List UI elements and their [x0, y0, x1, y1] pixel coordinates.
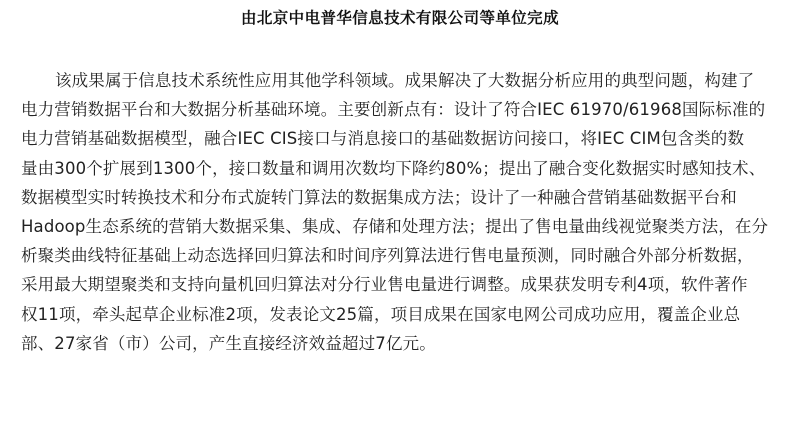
paragraph-line: 权11项，牵头起草企业标准2项，发表论文25篇，项目成果在国家电网公司成功应用，… — [21, 300, 781, 329]
paragraph-line: 析聚类曲线特征基础上动态选择回归算法和时间序列算法进行售电量预测，同时融合外部分… — [21, 241, 781, 270]
paragraph-line: 部、27家省（市）公司，产生直接经济效益超过7亿元。 — [21, 329, 781, 358]
paragraph-line: Hadoop生态系统的营销大数据采集、集成、存储和处理方法；提出了售电量曲线视觉… — [21, 212, 781, 241]
paragraph-line: 量由300个扩展到1300个，接口数量和调用次数均下降约80%；提出了融合变化数… — [21, 154, 781, 183]
achievement-description-paragraph: 该成果属于信息技术系统性应用其他学科领域。成果解决了大数据分析应用的典型问题，构… — [21, 66, 781, 358]
paragraph-line: 采用最大期望聚类和支持向量机回归算法对分行业售电量进行调整。成果获发明专利4项，… — [21, 270, 781, 299]
paragraph-line: 电力营销基础数据模型，融合IEC CIS接口与消息接口的基础数据访问接口，将IE… — [21, 124, 781, 153]
document-title: 由北京中电普华信息技术有限公司等单位完成 — [0, 8, 800, 28]
paragraph-line: 该成果属于信息技术系统性应用其他学科领域。成果解决了大数据分析应用的典型问题，构… — [21, 66, 781, 95]
paragraph-line: 数据模型实时转换技术和分布式旋转门算法的数据集成方法；设计了一种融合营销基础数据… — [21, 183, 781, 212]
paragraph-line: 电力营销数据平台和大数据分析基础环境。主要创新点有：设计了符合IEC 61970… — [21, 95, 781, 124]
